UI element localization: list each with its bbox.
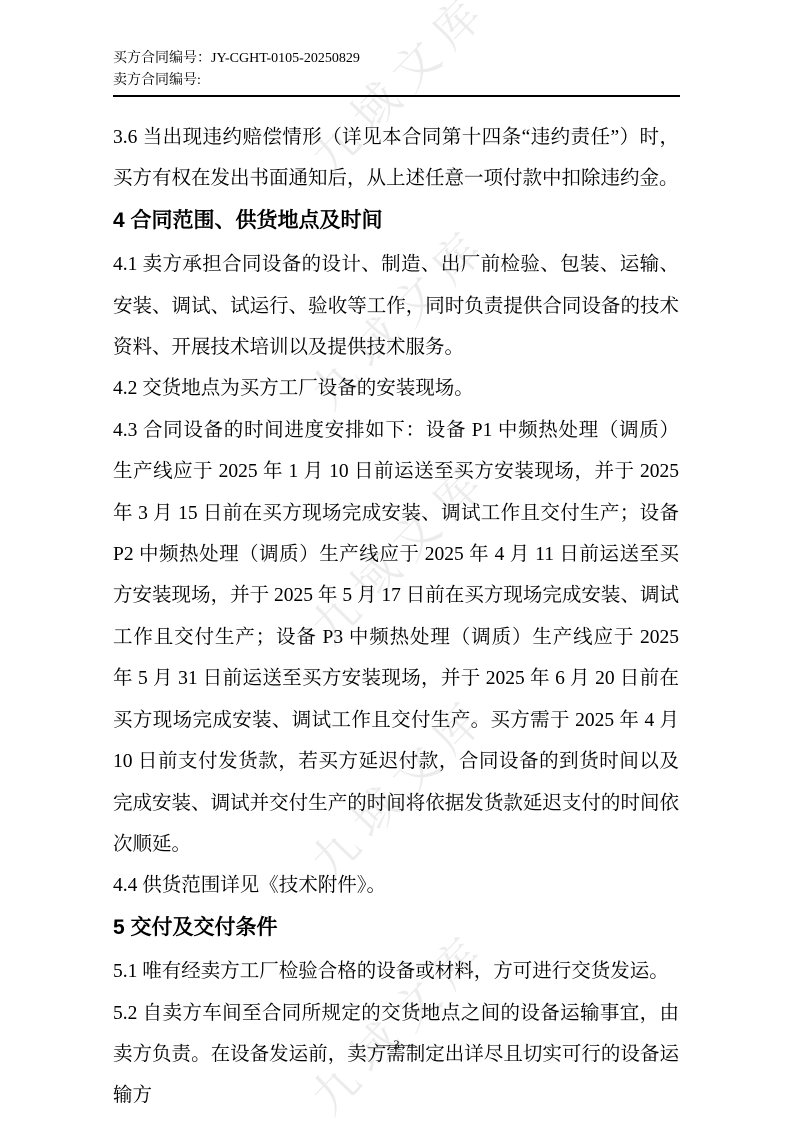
heading-section-5: 5 交付及交付条件 (113, 907, 679, 948)
seller-contract-number-label: 卖方合同编号: (113, 73, 201, 88)
clause-4-3: 4.3 合同设备的时间进度安排如下：设备 P1 中频热处理（调质）生产线应于 2… (113, 410, 679, 865)
contract-document-page: 九域文库 九域文库 九域文库 九域文库 九域文库 买方合同编号：JY-CGHT-… (0, 0, 793, 1122)
clause-4-4: 4.4 供货范围详见《技术附件》。 (113, 865, 679, 906)
page-header: 买方合同编号：JY-CGHT-0105-20250829 卖方合同编号: (113, 48, 680, 91)
clause-4-1: 4.1 卖方承担合同设备的设计、制造、出厂前检验、包装、运输、安装、调试、试运行… (113, 244, 679, 368)
header-divider-rule (113, 95, 680, 97)
buyer-contract-number-line: 买方合同编号：JY-CGHT-0105-20250829 (113, 48, 680, 70)
seller-contract-number-line: 卖方合同编号: (113, 70, 680, 92)
buyer-contract-number-label: 买方合同编号： (113, 51, 211, 66)
buyer-contract-number-value: JY-CGHT-0105-20250829 (211, 51, 360, 66)
clause-3-6: 3.6 当出现违约赔偿情形（详见本合同第十四条“违约责任”）时，买方有权在发出书… (113, 117, 679, 200)
clause-4-2: 4.2 交货地点为买方工厂设备的安装现场。 (113, 368, 679, 409)
document-body: 3.6 当出现违约赔偿情形（详见本合同第十四条“违约责任”）时，买方有权在发出书… (113, 117, 679, 1117)
heading-section-4: 4 合同范围、供货地点及时间 (113, 200, 679, 241)
clause-5-2: 5.2 自卖方车间至合同所规定的交货地点之间的设备运输事宜，由卖方负责。在设备发… (113, 993, 679, 1117)
clause-5-1: 5.1 唯有经卖方工厂检验合格的设备或材料，方可进行交货发运。 (113, 951, 679, 992)
page-number: — 3 — (0, 1038, 793, 1053)
